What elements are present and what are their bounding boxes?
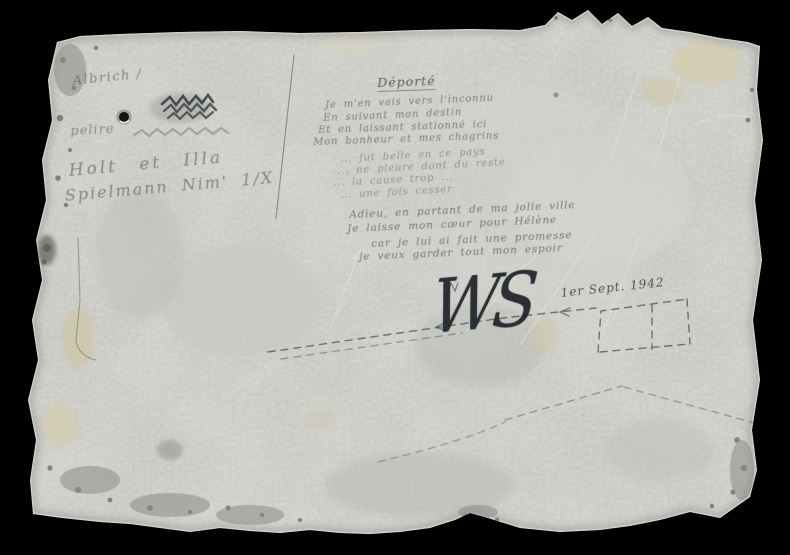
- ws-monogram: WS: [428, 255, 534, 351]
- poem-title: Déporté: [377, 73, 436, 92]
- blue-fleck: [554, 93, 559, 98]
- nail-hole: [117, 110, 132, 125]
- photo-stage: Albrich / pelire Holt et Illa Spielmann …: [0, 0, 790, 555]
- left-inscription-line: pelire: [70, 122, 115, 139]
- dark-smudge: [38, 235, 56, 265]
